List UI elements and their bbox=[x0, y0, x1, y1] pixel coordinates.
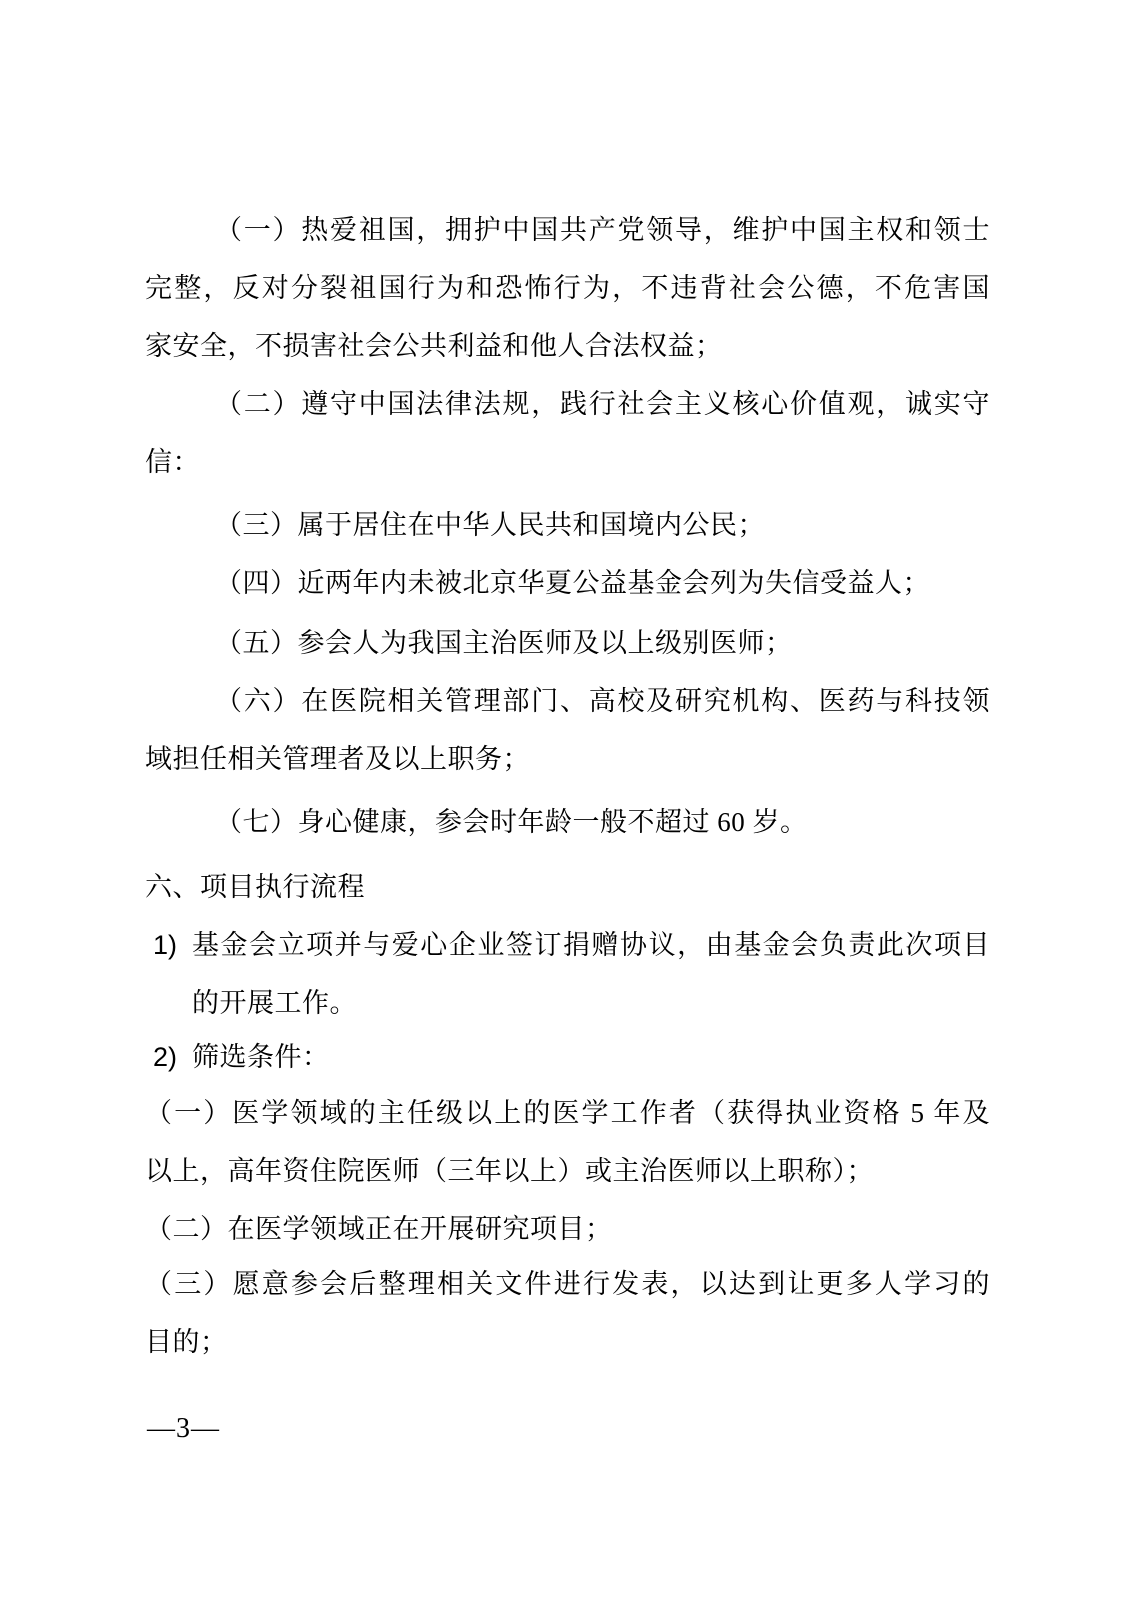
clause-paragraph: （一）热爱祖国，拥护中国共产党领导，维护中国主权和领士 完整，反对分裂祖国行为和… bbox=[145, 201, 990, 375]
clause-paragraph: （六）在医院相关管理部门、高校及研究机构、医药与科技领 域担任相关管理者及以上职… bbox=[145, 672, 990, 788]
step-text: 基金会立项并与爱心企业签订捐赠协议，由基金会负责此次项目 bbox=[192, 930, 990, 960]
text-line: （七）身心健康，参会时年龄一般不超过 60 岁。 bbox=[145, 793, 990, 851]
text-line: （二）遵守中国法律法规，践行社会主义核心价值观，诚实守 bbox=[145, 375, 990, 433]
document-page: （一）热爱祖国，拥护中国共产党领导，维护中国主权和领士 完整，反对分裂祖国行为和… bbox=[0, 0, 1131, 1600]
numbered-step: 2)筛选条件： bbox=[145, 1028, 990, 1086]
text-line: 1)基金会立项并与爱心企业签订捐赠协议，由基金会负责此次项目 bbox=[145, 916, 990, 974]
document-body: （一）热爱祖国，拥护中国共产党领导，维护中国主权和领士 完整，反对分裂祖国行为和… bbox=[145, 201, 990, 1371]
step-text: 筛选条件： bbox=[192, 1042, 330, 1072]
clause-paragraph: （五）参会人为我国主治医师及以上级别医师； bbox=[145, 614, 990, 672]
text-line: （三）属于居住在中华人民共和国境内公民； bbox=[145, 496, 990, 554]
text-line: （六）在医院相关管理部门、高校及研究机构、医药与科技领 bbox=[145, 672, 990, 730]
page-number: —3— bbox=[147, 1412, 220, 1446]
clause-paragraph: （七）身心健康，参会时年龄一般不超过 60 岁。 bbox=[145, 793, 990, 851]
clause-paragraph: （三）属于居住在中华人民共和国境内公民； bbox=[145, 496, 990, 554]
text-line: （五）参会人为我国主治医师及以上级别医师； bbox=[145, 614, 990, 672]
clause-paragraph: （四）近两年内未被北京华夏公益基金会列为失信受益人； bbox=[145, 554, 990, 612]
text-line: 的开展工作。 bbox=[145, 974, 990, 1032]
text-line: 2)筛选条件： bbox=[145, 1028, 990, 1086]
numbered-step: 1)基金会立项并与爱心企业签订捐赠协议，由基金会负责此次项目 的开展工作。 bbox=[145, 916, 990, 1032]
criteria-paragraph: （二）在医学领域正在开展研究项目； bbox=[145, 1200, 990, 1258]
text-line: 完整，反对分裂祖国行为和恐怖行为，不违背社会公德，不危害国 bbox=[145, 259, 990, 317]
criteria-paragraph: （三）愿意参会后整理相关文件进行发表，以达到让更多人学习的 目的； bbox=[145, 1255, 990, 1371]
text-line: 以上，高年资住院医师（三年以上）或主治医师以上职称）； bbox=[145, 1142, 990, 1200]
text-line: （四）近两年内未被北京华夏公益基金会列为失信受益人； bbox=[145, 554, 990, 612]
text-line: 家安全，不损害社会公共利益和他人合法权益； bbox=[145, 317, 990, 375]
step-marker: 2) bbox=[153, 1028, 177, 1086]
text-line: 信： bbox=[145, 433, 990, 491]
text-line: 域担任相关管理者及以上职务； bbox=[145, 730, 990, 788]
section-heading-text: 六、项目执行流程 bbox=[145, 858, 990, 916]
text-line: （三）愿意参会后整理相关文件进行发表，以达到让更多人学习的 bbox=[145, 1255, 990, 1313]
criteria-paragraph: （一）医学领域的主任级以上的医学工作者（获得执业资格 5 年及 以上，高年资住院… bbox=[145, 1084, 990, 1200]
section-heading: 六、项目执行流程 bbox=[145, 858, 990, 916]
text-line: 目的； bbox=[145, 1313, 990, 1371]
text-line: （一）医学领域的主任级以上的医学工作者（获得执业资格 5 年及 bbox=[145, 1084, 990, 1142]
clause-paragraph: （二）遵守中国法律法规，践行社会主义核心价值观，诚实守 信： bbox=[145, 375, 990, 491]
text-line: （二）在医学领域正在开展研究项目； bbox=[145, 1200, 990, 1258]
text-line: （一）热爱祖国，拥护中国共产党领导，维护中国主权和领士 bbox=[145, 201, 990, 259]
step-marker: 1) bbox=[153, 916, 177, 974]
